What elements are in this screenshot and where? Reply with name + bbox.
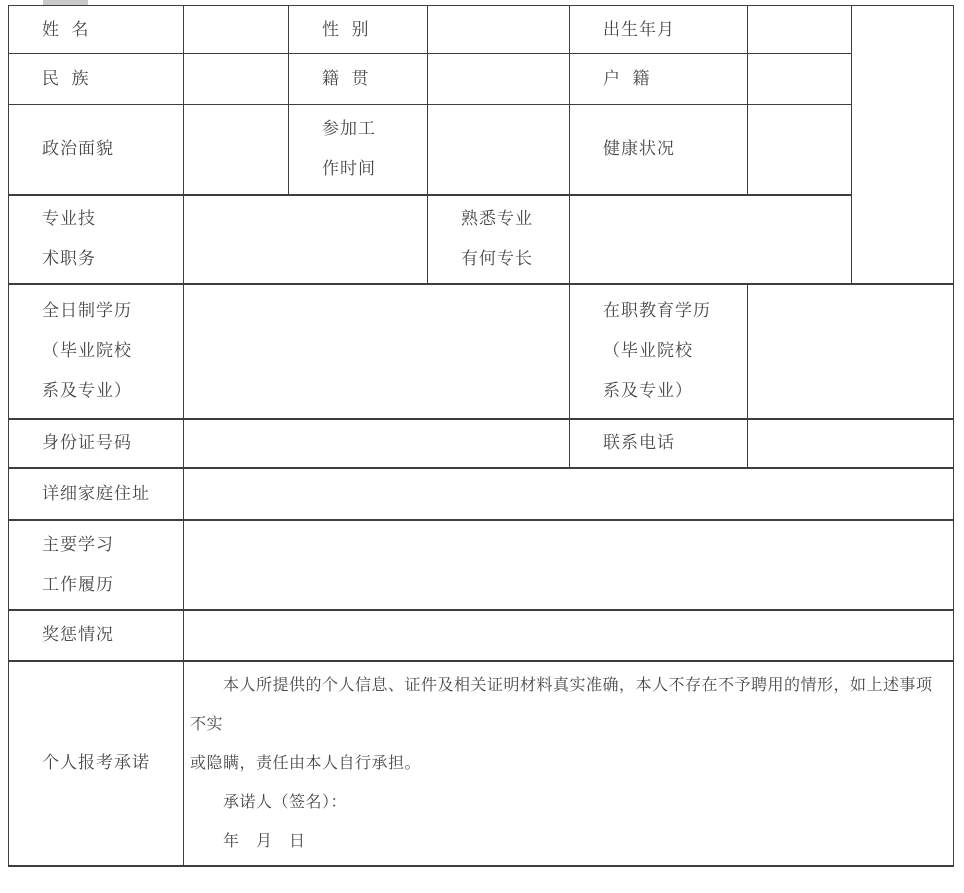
specialty-label-cell: 熟悉专业 有何专长 — [428, 195, 570, 284]
political-status-label: 政治面貌 — [42, 129, 183, 169]
fulltime-education-label-line2: （毕业院校 — [42, 331, 183, 371]
inservice-education-label-line1: 在职教育学历 — [603, 291, 747, 331]
inservice-education-label-line3: 系及专业） — [603, 371, 747, 411]
birth-date-value-cell[interactable] — [748, 6, 852, 54]
row-rewards-punishments: 奖惩情况 — [9, 610, 954, 661]
work-start-date-label-cell: 参加工 作时间 — [289, 105, 428, 195]
rewards-punishments-value-cell[interactable] — [184, 610, 954, 661]
fulltime-education-label-cell: 全日制学历 （毕业院校 系及专业） — [9, 284, 184, 419]
home-address-value-cell[interactable] — [184, 468, 954, 520]
row-political-workstart-health: 政治面貌 参加工 作时间 健康状况 — [9, 105, 954, 195]
health-status-label-cell: 健康状况 — [570, 105, 748, 195]
specialty-label-line1: 熟悉专业 — [461, 199, 569, 239]
professional-title-label-line1: 专业技 — [42, 199, 183, 239]
rewards-punishments-label-cell: 奖惩情况 — [9, 610, 184, 661]
political-status-value-cell[interactable] — [184, 105, 289, 195]
row-commitment: 个人报考承诺 本人所提供的个人信息、证件及相关证明材料真实准确，本人不存在不予聘… — [9, 661, 954, 866]
commitment-label-cell: 个人报考承诺 — [9, 661, 184, 866]
inservice-education-value-cell[interactable] — [748, 284, 954, 419]
fulltime-education-label-line3: 系及专业） — [42, 371, 183, 411]
commitment-label: 个人报考承诺 — [42, 743, 183, 783]
work-start-label-line1: 参加工 — [322, 109, 427, 149]
specialty-value-cell[interactable] — [570, 195, 852, 284]
id-number-value-cell[interactable] — [184, 419, 570, 468]
row-title-specialty: 专业技 术职务 熟悉专业 有何专长 — [9, 195, 954, 284]
ethnicity-label-cell: 民 族 — [9, 54, 184, 105]
home-address-label-cell: 详细家庭住址 — [9, 468, 184, 520]
inservice-education-label-cell: 在职教育学历 （毕业院校 系及专业） — [570, 284, 748, 419]
native-place-label-cell: 籍 贯 — [289, 54, 428, 105]
fulltime-education-label-line1: 全日制学历 — [42, 291, 183, 331]
fulltime-education-value-cell[interactable] — [184, 284, 570, 419]
application-form-table: 姓 名 性 别 出生年月 民 族 籍 贯 — [8, 5, 954, 867]
professional-title-value-cell[interactable] — [184, 195, 428, 284]
inservice-education-label-line2: （毕业院校 — [603, 331, 747, 371]
commitment-date-line: 年 月 日 — [190, 822, 937, 861]
commitment-text-line2: 或隐瞒，责任由本人自行承担。 — [190, 744, 937, 783]
gender-label: 性 别 — [322, 10, 427, 50]
professional-title-label-cell: 专业技 术职务 — [9, 195, 184, 284]
commitment-text-line1: 本人所提供的个人信息、证件及相关证明材料真实准确，本人不存在不予聘用的情形，如上… — [190, 666, 937, 744]
name-value-cell[interactable] — [184, 6, 289, 54]
rewards-punishments-label: 奖惩情况 — [42, 615, 183, 655]
work-history-label-line2: 工作履历 — [42, 565, 183, 605]
row-name-gender-birth: 姓 名 性 别 出生年月 — [9, 6, 954, 54]
row-ethnicity-native-household: 民 族 籍 贯 户 籍 — [9, 54, 954, 105]
name-label-cell: 姓 名 — [9, 6, 184, 54]
work-start-date-value-cell[interactable] — [428, 105, 570, 195]
gender-label-cell: 性 别 — [289, 6, 428, 54]
birth-date-label-cell: 出生年月 — [570, 6, 748, 54]
specialty-label-line2: 有何专长 — [461, 239, 569, 279]
work-history-label-line1: 主要学习 — [42, 525, 183, 565]
professional-title-label-line2: 术职务 — [42, 239, 183, 279]
id-number-label: 身份证号码 — [42, 423, 183, 463]
application-form-page: 姓 名 性 别 出生年月 民 族 籍 贯 — [0, 0, 964, 893]
name-label: 姓 名 — [42, 10, 183, 50]
row-home-address: 详细家庭住址 — [9, 468, 954, 520]
id-number-label-cell: 身份证号码 — [9, 419, 184, 468]
household-label-cell: 户 籍 — [570, 54, 748, 105]
native-place-label: 籍 贯 — [322, 59, 427, 99]
political-status-label-cell: 政治面貌 — [9, 105, 184, 195]
gender-value-cell[interactable] — [428, 6, 570, 54]
commitment-signer-line: 承诺人（签名）： — [190, 783, 937, 822]
work-start-label-line2: 作时间 — [322, 149, 427, 189]
row-id-phone: 身份证号码 联系电话 — [9, 419, 954, 468]
phone-label-cell: 联系电话 — [570, 419, 748, 468]
phone-value-cell[interactable] — [748, 419, 954, 468]
work-history-value-cell[interactable] — [184, 520, 954, 610]
home-address-label: 详细家庭住址 — [42, 474, 183, 514]
ethnicity-value-cell[interactable] — [184, 54, 289, 105]
commitment-text-cell: 本人所提供的个人信息、证件及相关证明材料真实准确，本人不存在不予聘用的情形，如上… — [184, 661, 954, 866]
native-place-value-cell[interactable] — [428, 54, 570, 105]
phone-label: 联系电话 — [603, 423, 747, 463]
health-status-value-cell[interactable] — [748, 105, 852, 195]
household-label: 户 籍 — [603, 59, 747, 99]
health-status-label: 健康状况 — [603, 129, 747, 169]
row-work-history: 主要学习 工作履历 — [9, 520, 954, 610]
photo-area-cell[interactable] — [852, 6, 954, 284]
household-value-cell[interactable] — [748, 54, 852, 105]
ethnicity-label: 民 族 — [42, 59, 183, 99]
row-education: 全日制学历 （毕业院校 系及专业） 在职教育学历 （毕业院校 系及专业） — [9, 284, 954, 419]
birth-date-label: 出生年月 — [603, 10, 747, 50]
work-history-label-cell: 主要学习 工作履历 — [9, 520, 184, 610]
